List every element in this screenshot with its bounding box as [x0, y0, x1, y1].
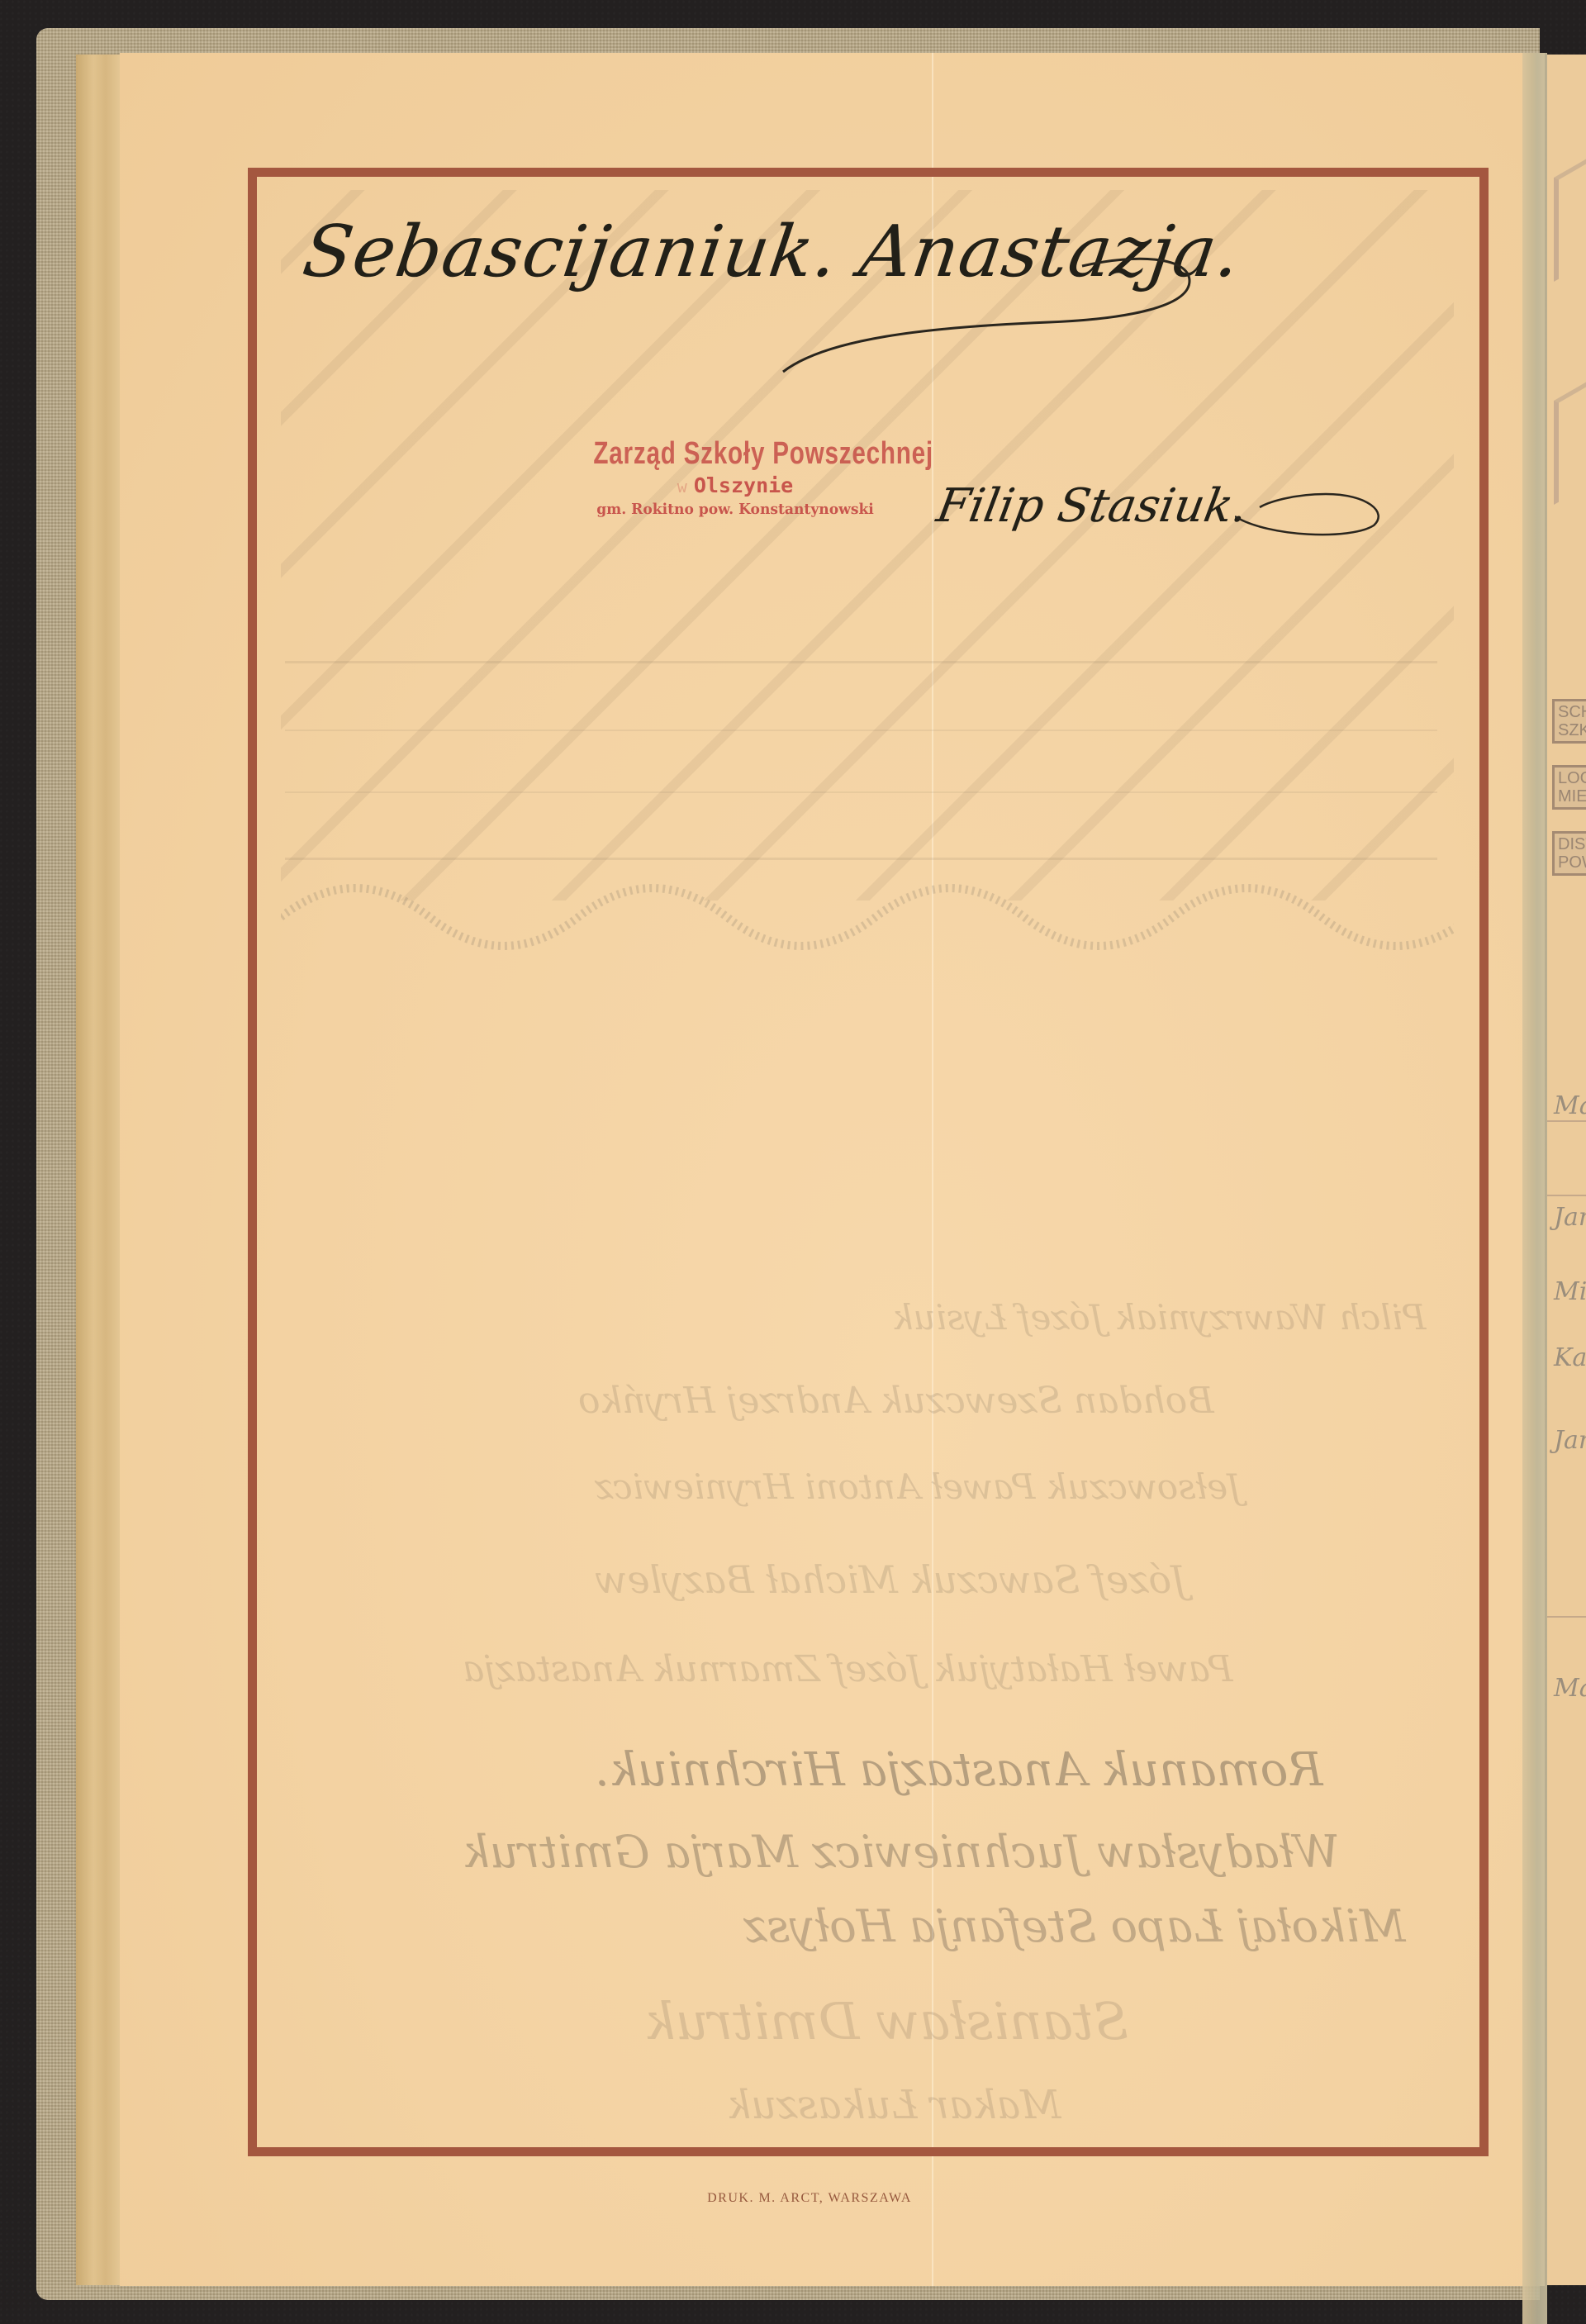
book-spine-gutter — [1522, 53, 1547, 2324]
adjacent-handwriting: Kar — [1554, 1343, 1586, 1372]
adjacent-rule — [1547, 1120, 1586, 1122]
adjacent-label-box: SCHO SZKO — [1552, 699, 1586, 744]
stamp-prefix: w — [677, 477, 687, 497]
adjacent-ornament — [1554, 146, 1586, 282]
adjacent-ornament — [1554, 369, 1586, 505]
stamp-line-location: wOlszynie — [553, 473, 917, 497]
printer-credit: DRUK. M. ARCT, WARSZAWA — [0, 2191, 1586, 2206]
page-block-edges — [76, 55, 126, 2285]
name-underline-flourish — [776, 248, 1206, 380]
school-stamp: Zarząd Szkoły Powszechnej wOlszynie gm. … — [553, 436, 917, 518]
adjacent-label-box: DIST POW — [1552, 831, 1586, 876]
adjacent-handwriting: Mar — [1554, 1674, 1586, 1703]
adjacent-handwriting: Jan — [1554, 1203, 1586, 1232]
adjacent-handwriting: Jan — [1554, 1426, 1586, 1455]
adjacent-page-edge: SCHO SZKO LOCA MIEJ DIST POW Mar Jan Mic… — [1547, 55, 1586, 2285]
stamp-village: Olszynie — [694, 473, 793, 497]
stamp-line-school-board: Zarząd Szkoły Powszechnej — [593, 436, 876, 472]
adjacent-handwriting: Mich — [1554, 1277, 1586, 1306]
teacher-signature: Filip Stasiuk. — [933, 479, 1251, 533]
adjacent-rule — [1547, 1195, 1586, 1196]
stamp-line-district: gm. Rokitno pow. Konstantynowski — [563, 501, 908, 518]
signature-flourish — [1235, 487, 1384, 545]
adjacent-rule — [1547, 1616, 1586, 1618]
adjacent-handwriting: Mar — [1554, 1091, 1586, 1120]
adjacent-label-box: LOCA MIEJ — [1552, 765, 1586, 810]
